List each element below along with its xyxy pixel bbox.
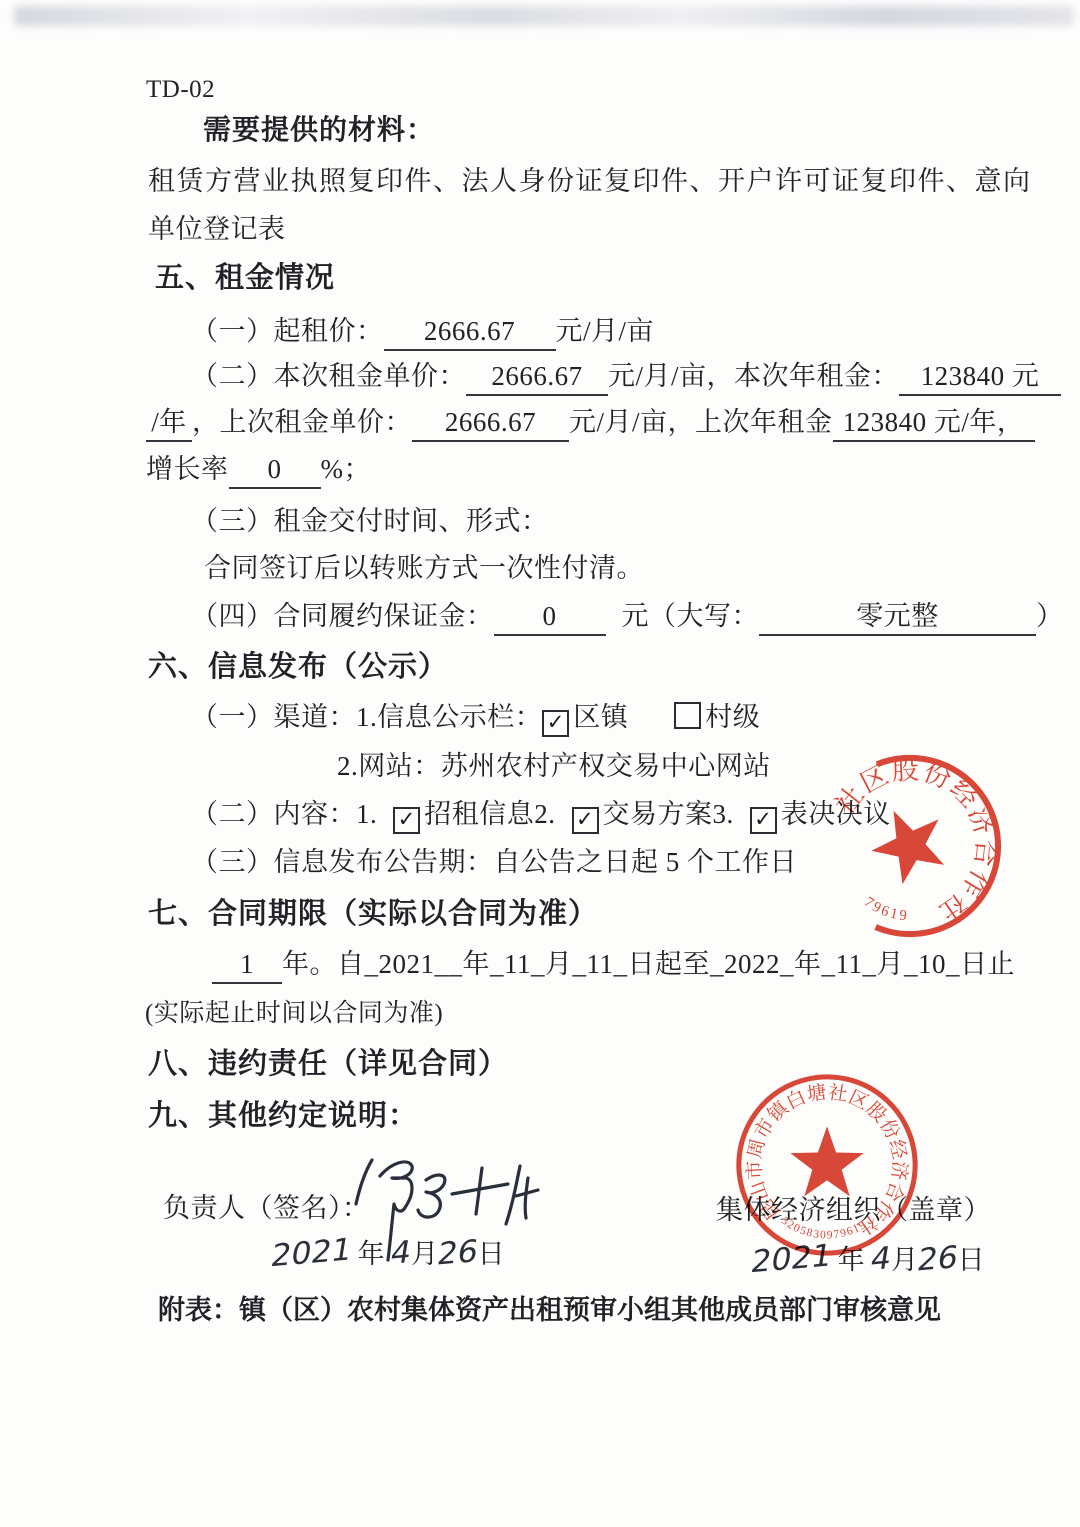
left-date-year: 2021 (268, 1232, 354, 1275)
seal-ring (730, 1068, 924, 1262)
section7-title: 七、合同期限（实际以合同为准） (148, 896, 598, 932)
section9-title: 九、其他约定说明： (148, 1098, 418, 1134)
right-date-month-unit: 月 (891, 1245, 918, 1275)
rent-start-value: 2666.67 (384, 315, 556, 351)
left-date-line: 2021 年 4月26日 (272, 1232, 505, 1271)
org-seal-label: 集体经济组织（盖章） (716, 1194, 991, 1228)
svg-text:79619: 79619 (859, 887, 913, 933)
checkbox-district-town-mark: ✓ (547, 710, 565, 734)
content-item2-label: 交易方案 (603, 799, 713, 829)
seal-number: 79619 (859, 887, 913, 933)
term-line: 1年。自_2021__年_11_月_11_日起至_2022_年_11_月_10_… (212, 948, 1015, 984)
right-date-day: 26 (915, 1239, 961, 1278)
section6-title: 六、信息发布（公示） (148, 649, 448, 685)
left-date-year-unit: 年 (358, 1239, 385, 1269)
rent-previous-lead: /年 (146, 406, 192, 442)
rent-previous-unit: 元/月/亩， (569, 407, 695, 437)
left-date-month-unit: 月 (411, 1239, 438, 1269)
rent-growth-value: 0 (229, 453, 321, 489)
rent-current-unit: 元/月/亩， (608, 361, 734, 391)
red-seal-upper: 社区股份经济合作社 79619 (789, 725, 1031, 967)
publicity-channel-item: 1.信息公示栏： (356, 702, 542, 732)
publicity-content-line: （二）内容：1.✓招租信息2.✓交易方案3.✓表决决议 (191, 798, 891, 834)
materials-line1: 租赁方营业执照复印件、法人身份证复印件、开户许可证复印件、意向 (148, 165, 1032, 199)
rent-payment-detail: 合同签订后以转账方式一次性付清。 (204, 552, 644, 586)
publicity-channel-line: （一）渠道：1.信息公示栏：✓区镇村级 (191, 701, 760, 737)
rent-current-annual-label: 本次年租金： (734, 361, 899, 391)
rent-deposit-mid: 元（大写： (622, 601, 760, 631)
checkbox-rental-info-mark: ✓ (398, 807, 416, 831)
right-date-line: 2021 年 4月26日 (752, 1238, 985, 1277)
rent-growth-suffix: %； (321, 454, 372, 484)
rent-deposit-value: 0 (494, 600, 606, 636)
content-item1-index: 1. (356, 799, 377, 829)
checkbox-village-icon (674, 702, 701, 729)
seal-arc-text: 社区股份经济合作社 (823, 737, 1018, 948)
star-icon (790, 1126, 863, 1196)
rent-start-label: （一）起租价： (191, 316, 384, 346)
publicity-channel-option1-label: 区镇 (573, 702, 628, 732)
rent-start-line: （一）起租价：2666.67元/月/亩 (191, 315, 654, 351)
publicity-content-label: （二）内容： (191, 799, 356, 829)
rent-previous-line: /年，上次租金单价：2666.67元/月/亩，上次年租金123840 元/年， (146, 406, 1035, 442)
form-code: TD-02 (146, 74, 215, 105)
rent-previous-sep: ， (192, 407, 220, 437)
svg-text:社区股份经济合作社: 社区股份经济合作社 (823, 737, 1018, 948)
checkbox-trade-plan-icon: ✓ (572, 807, 599, 834)
publicity-period: （三）信息发布公告期：自公告之日起 5 个工作日 (191, 846, 797, 880)
left-date-day-unit: 日 (478, 1239, 505, 1269)
term-note: (实际起止时间以合同为准) (145, 998, 443, 1029)
rent-previous-annual-label: 上次年租金 (695, 407, 833, 437)
section5-title: 五、租金情况 (155, 260, 335, 296)
rent-current-line: （二）本次租金单价：2666.67元/月/亩，本次年租金：123840 元 (191, 360, 1061, 396)
section8-title: 八、违约责任（详见合同） (148, 1046, 508, 1082)
term-years: 1 (212, 948, 282, 984)
publicity-channel-option2-label: 村级 (705, 702, 760, 732)
left-date-day: 26 (435, 1233, 481, 1272)
rent-payment-label: （三）租金交付时间、形式： (191, 505, 549, 539)
scanned-document-page: TD-02 需要提供的材料： 租赁方营业执照复印件、法人身份证复印件、开户许可证… (0, 0, 1080, 1527)
publicity-channel-label: （一）渠道： (191, 702, 356, 732)
seal-ring (842, 741, 1014, 942)
rent-deposit-end: ） (1036, 601, 1064, 631)
checkbox-district-town-icon: ✓ (542, 710, 569, 737)
right-date-day-unit: 日 (958, 1245, 985, 1275)
rent-growth-label: 增长率 (146, 454, 229, 484)
rent-current-annual-value: 123840 元 (899, 360, 1061, 396)
checkbox-vote-resolution-mark: ✓ (754, 807, 772, 831)
rent-deposit-line: （四）合同履约保证金：0元（大写：零元整） (191, 600, 1064, 636)
rent-deposit-amount-cn: 零元整 (759, 600, 1036, 636)
content-item1-label: 招租信息 (424, 799, 534, 829)
materials-heading: 需要提供的材料： (203, 112, 435, 147)
rent-current-unit-price: 2666.67 (466, 360, 608, 396)
rent-previous-unit-price: 2666.67 (412, 406, 569, 442)
rent-current-label: （二）本次租金单价： (191, 361, 466, 391)
materials-line2: 单位登记表 (148, 213, 286, 247)
content-item3-label: 表决决议 (781, 799, 891, 829)
rent-start-unit: 元/月/亩 (556, 316, 655, 346)
publicity-website: 2.网站：苏州农村产权交易中心网站 (337, 750, 771, 784)
rent-previous-label: 上次租金单价： (220, 407, 413, 437)
rent-deposit-label: （四）合同履约保证金： (191, 601, 494, 631)
term-dates: 年。自_2021__年_11_月_11_日起至_2022_年_11_月_10_日… (282, 949, 1015, 979)
appendix-note: 附表：镇（区）农村集体资产出租预审小组其他成员部门审核意见 (158, 1294, 941, 1328)
rent-growth-line: 增长率0%； (146, 453, 371, 489)
signer-label: 负责人（签名）： (163, 1192, 370, 1226)
checkbox-rental-info-icon: ✓ (393, 807, 420, 834)
scan-artifact-band (14, 6, 1074, 26)
right-date-year-unit: 年 (838, 1245, 865, 1275)
content-item2-index: 2. (534, 799, 555, 829)
right-date-year: 2021 (748, 1238, 834, 1281)
content-item3-index: 3. (713, 799, 734, 829)
checkbox-trade-plan-mark: ✓ (576, 807, 594, 831)
rent-previous-annual-value: 123840 元/年， (833, 406, 1035, 442)
checkbox-vote-resolution-icon: ✓ (750, 807, 777, 834)
